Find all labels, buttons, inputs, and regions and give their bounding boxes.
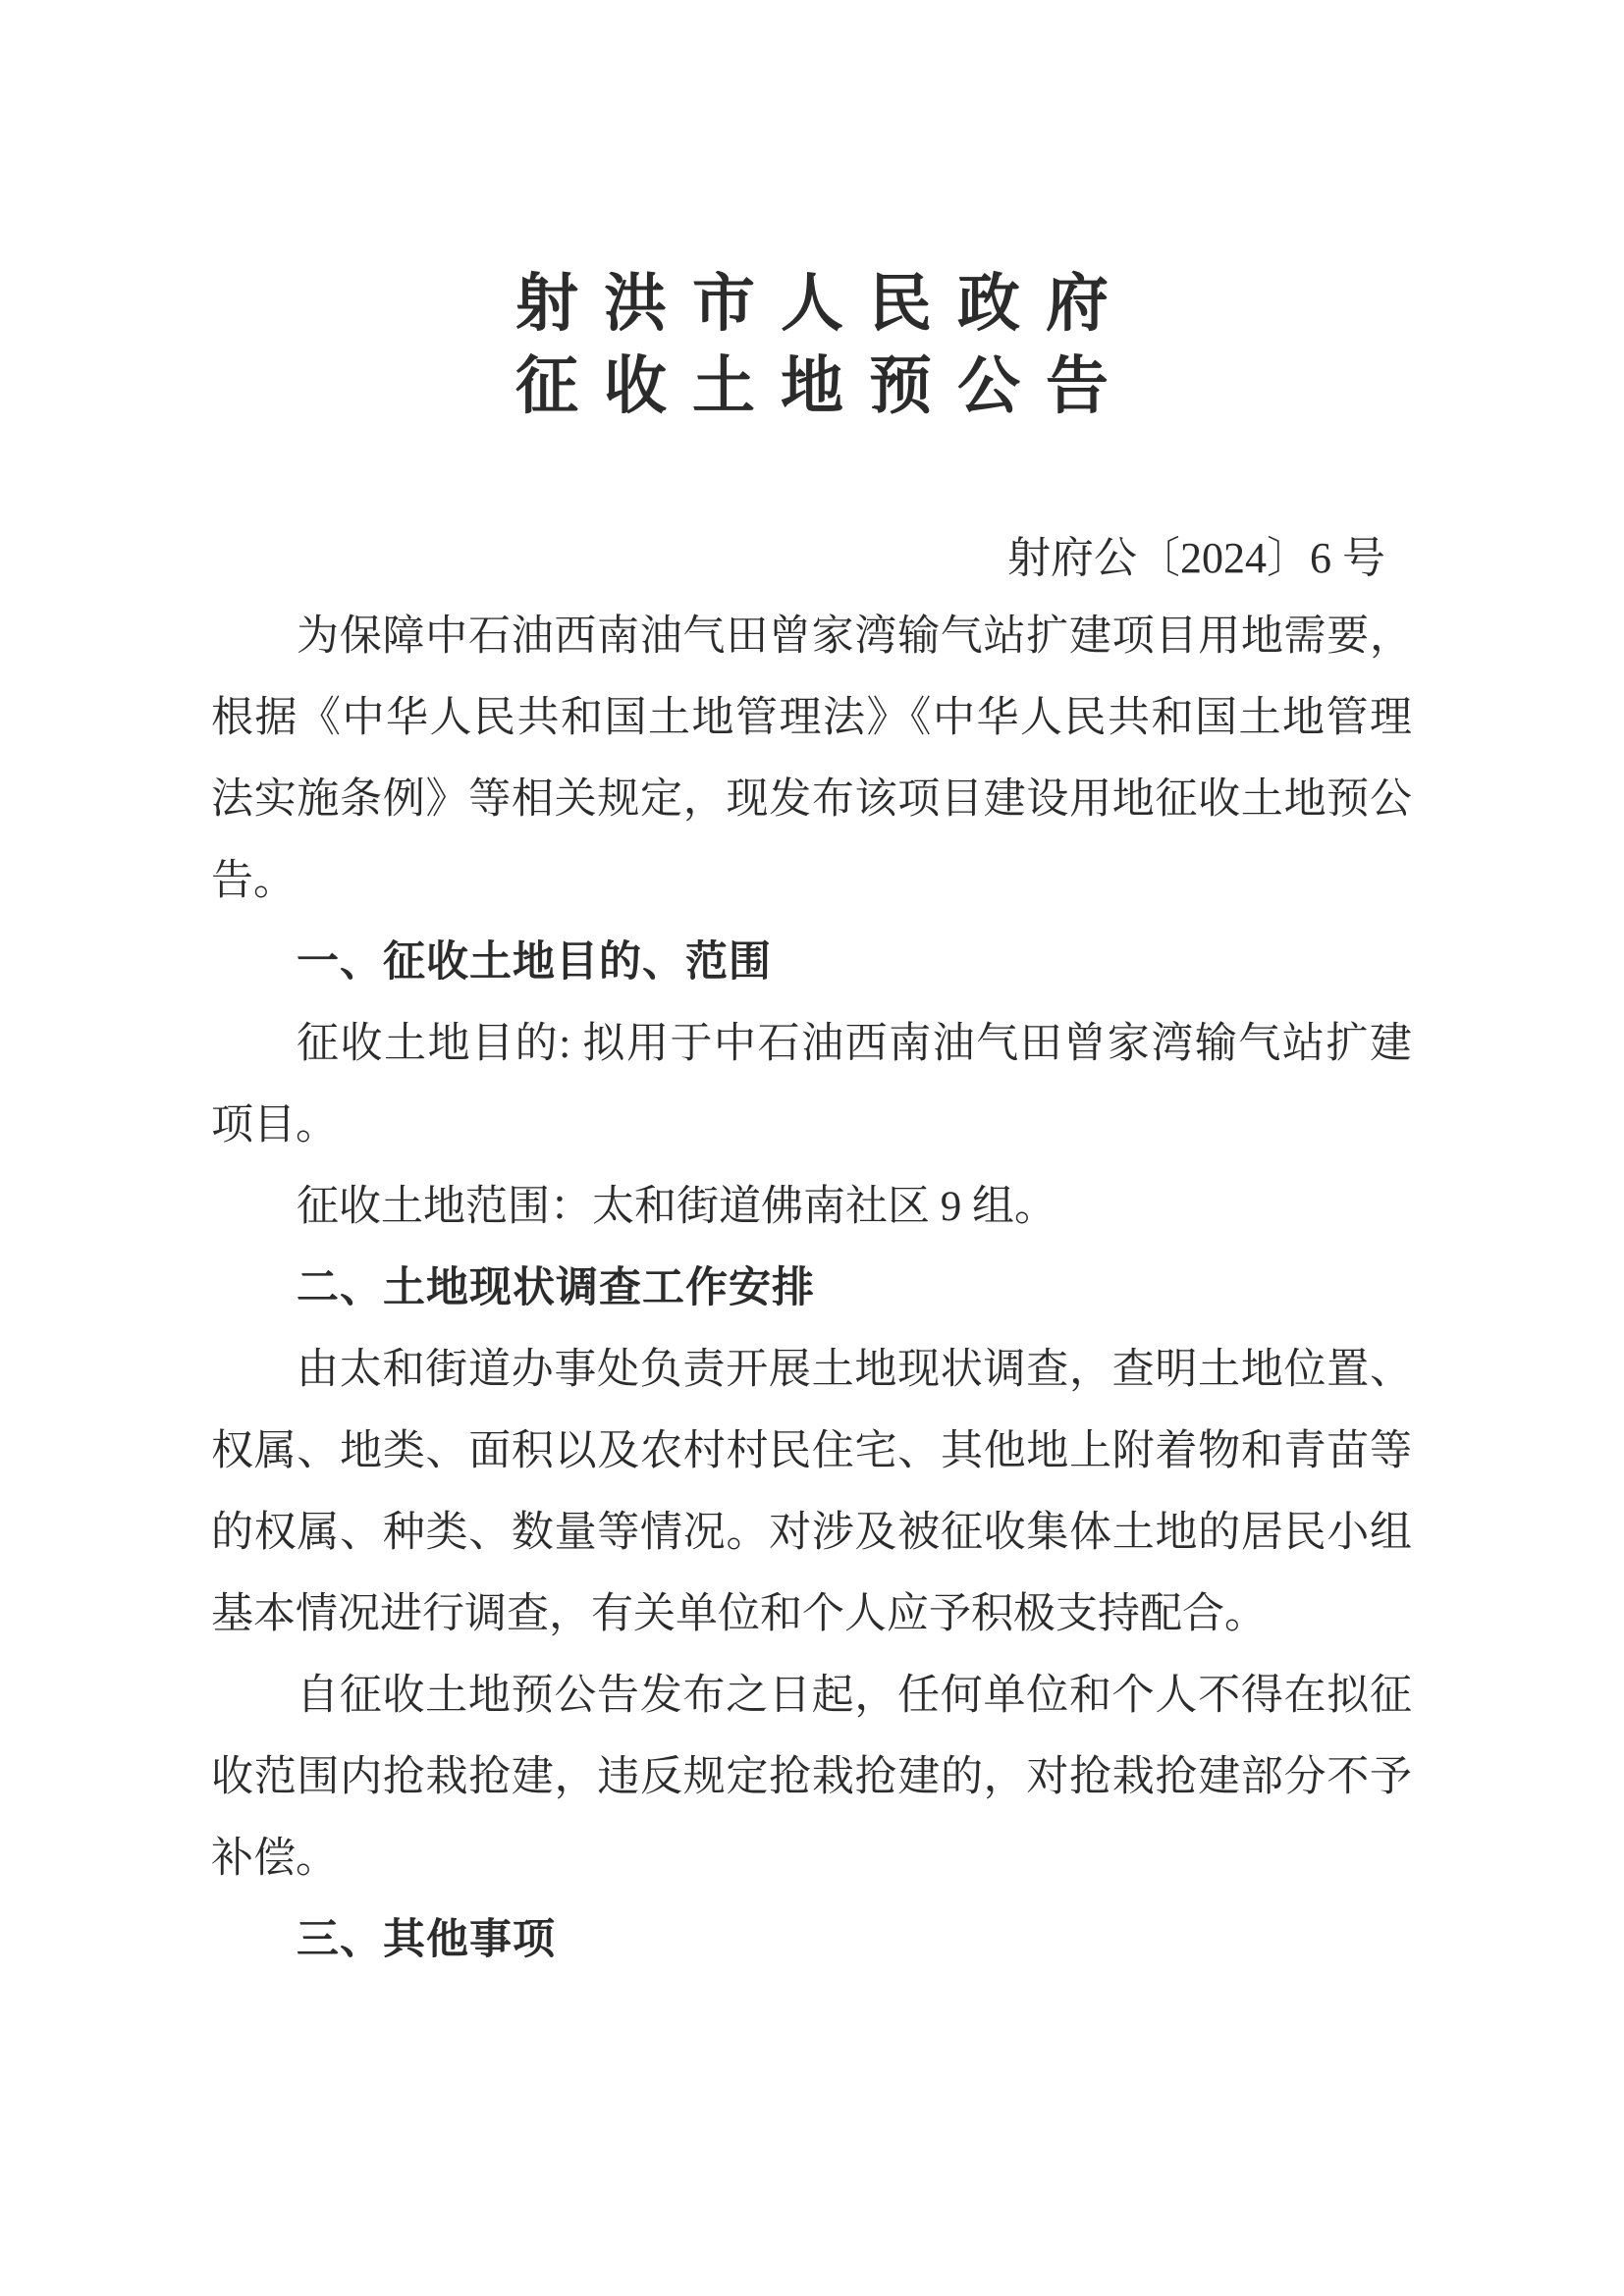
purpose-paragraph: 征收土地目的: 拟用于中石油西南油气田曾家湾输气站扩建项目。	[211, 1003, 1412, 1166]
announcement-document-page: 射洪市人民政府 征收土地预公告 射府公〔2024〕6 号 为保障中石油西南油气田…	[0, 0, 1624, 2296]
scope-paragraph: 征收土地范围：太和街道佛南社区 9 组。	[211, 1166, 1412, 1248]
prohibition-paragraph: 自征收土地预公告发布之日起，任何单位和个人不得在拟征收范围内抢栽抢建，违反规定抢…	[211, 1655, 1412, 1899]
survey-paragraph: 由太和街道办事处负责开展土地现状调查，查明土地位置、权属、地类、面积以及农村村民…	[211, 1329, 1412, 1655]
section-heading-2: 二、土地现状调查工作安排	[211, 1248, 1412, 1329]
section-heading-3: 三、其他事项	[211, 1899, 1412, 1981]
document-title-line-2: 征收土地预公告	[0, 346, 1624, 428]
document-title: 射洪市人民政府 征收土地预公告	[0, 263, 1624, 428]
document-title-line-1: 射洪市人民政府	[0, 263, 1624, 346]
document-body: 为保障中石油西南油气田曾家湾输气站扩建项目用地需要，根据《中华人民共和国土地管理…	[211, 596, 1412, 1981]
document-number: 射府公〔2024〕6 号	[211, 528, 1385, 589]
intro-paragraph: 为保障中石油西南油气田曾家湾输气站扩建项目用地需要，根据《中华人民共和国土地管理…	[211, 596, 1412, 922]
section-heading-1: 一、征收土地目的、范围	[211, 922, 1412, 1003]
